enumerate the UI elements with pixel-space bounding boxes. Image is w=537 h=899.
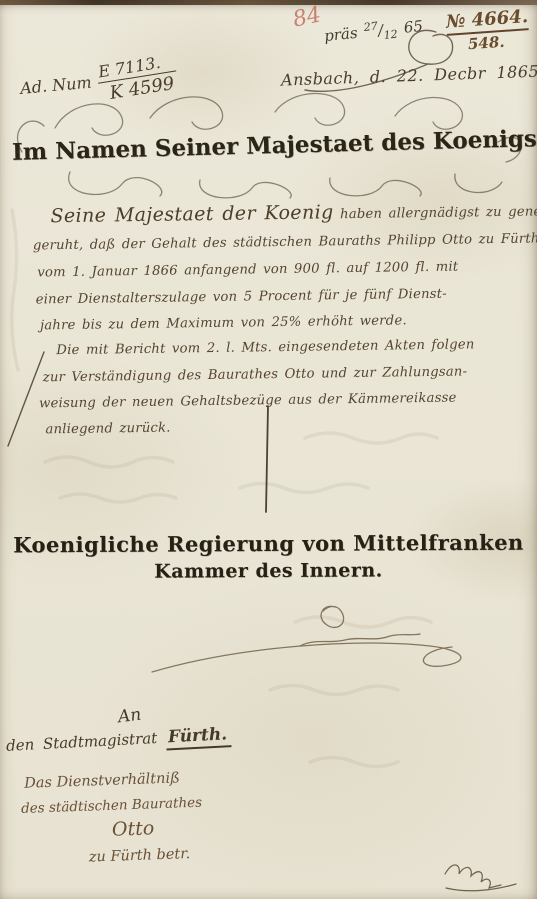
signature-flourish — [152, 606, 461, 672]
document-number-secondary: 548. — [467, 33, 505, 54]
office-heading-line2: Kammer des Innern. — [0, 559, 537, 584]
body-paragraph: Seine Majestaet der Koenig haben allergn… — [32, 199, 533, 446]
body-line: Die mit Bericht vom 2. l. Mts. eingesend… — [56, 337, 474, 358]
praes-year: 65 — [403, 17, 424, 37]
body-opening-rest: haben allergnädigst zu genehmigen — [340, 204, 537, 223]
address-recipient: den Stadtmagistrat — [6, 729, 158, 755]
ornate-header: Im Namen Seiner Majestaet des Koenigs — [12, 104, 525, 194]
reference-fraction: E 7113. K 4599 — [95, 51, 179, 106]
page-top-edge — [0, 0, 537, 5]
body-line: zur Verständigung des Baurathes Otto und… — [43, 364, 468, 385]
address-place: Fürth. — [165, 724, 231, 750]
body-line: Seine Majestaet der Koenig haben allergn… — [50, 198, 537, 228]
praes-day: 27 — [363, 20, 378, 34]
presentation-note: präs 27/12 65 — [323, 15, 424, 48]
body-line: vom 1. Januar 1866 anfangend von 900 fl.… — [37, 260, 458, 281]
praes-month: 12 — [383, 28, 398, 42]
body-line: geruht, daß der Gehalt des städtischen B… — [33, 231, 537, 253]
body-opening-phrase: Seine Majestaet der Koenig — [50, 201, 333, 227]
document-number: № 4664. — [445, 6, 529, 36]
docket-name: Otto — [112, 817, 155, 840]
body-line: anliegend zurück. — [45, 421, 170, 438]
body-line: jahre bis zu dem Maximum von 25% erhöht … — [40, 313, 407, 333]
docket-line: des städtischen Baurathes — [21, 795, 202, 817]
manuscript-page: 84 präs 27/12 65 № 4664. 548. Ad. Num E … — [0, 0, 537, 899]
clerk-signature — [445, 865, 516, 891]
body-line: weisung der neuen Gehaltsbezüge aus der … — [39, 391, 457, 412]
office-heading-line1: Koenigliche Regierung von Mittelfranken — [0, 530, 537, 558]
body-line: einer Dienstalterszulage von 5 Procent f… — [36, 287, 447, 308]
address-salutation: An — [117, 705, 142, 728]
reference-label: Ad. Num — [19, 73, 92, 98]
red-folio-number: 84 — [291, 2, 324, 32]
page-title: Im Namen Seiner Majestaet des Koenigs — [12, 125, 537, 166]
dateline: Ansbach, d. 22. Decbr 1865. — [281, 61, 537, 89]
praes-label: präs — [323, 24, 358, 45]
docket-line: Das Dienstverhältniß — [24, 770, 180, 791]
reference-number-block: Ad. Num E 7113. K 4599 — [18, 53, 178, 110]
address-line: den Stadtmagistrat Fürth. — [6, 724, 232, 756]
docket-line: zu Fürth betr. — [89, 846, 191, 866]
